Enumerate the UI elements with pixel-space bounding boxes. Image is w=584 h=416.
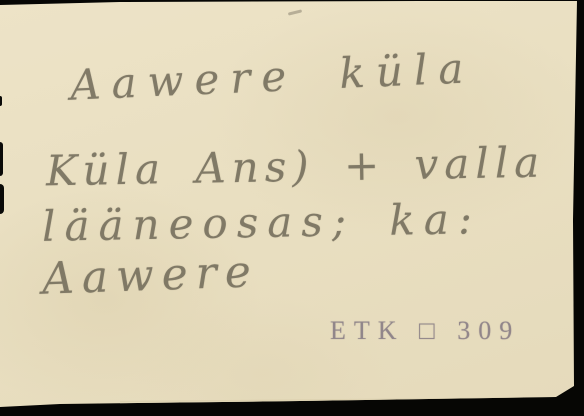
handwritten-line-2: Küla Ans) + valla	[46, 138, 546, 196]
paper-card: Aawere küla Küla Ans) + valla lääneosas;…	[0, 0, 584, 416]
archive-number-stamp: ETK □ 309	[330, 316, 520, 346]
scan-edge-artifact	[0, 96, 2, 106]
scan-edge-artifact	[0, 142, 3, 176]
handwritten-line-3: lääneosas; ka:	[42, 194, 482, 251]
stray-pencil-mark	[288, 9, 302, 15]
scanned-archive-card: Aawere küla Küla Ans) + valla lääneosas;…	[0, 0, 584, 416]
scan-edge-artifact	[0, 184, 4, 214]
paper-bottom-edge	[120, 397, 560, 406]
handwritten-title-line: Aawere küla	[69, 43, 475, 110]
handwritten-line-4: Aawere	[41, 246, 259, 305]
